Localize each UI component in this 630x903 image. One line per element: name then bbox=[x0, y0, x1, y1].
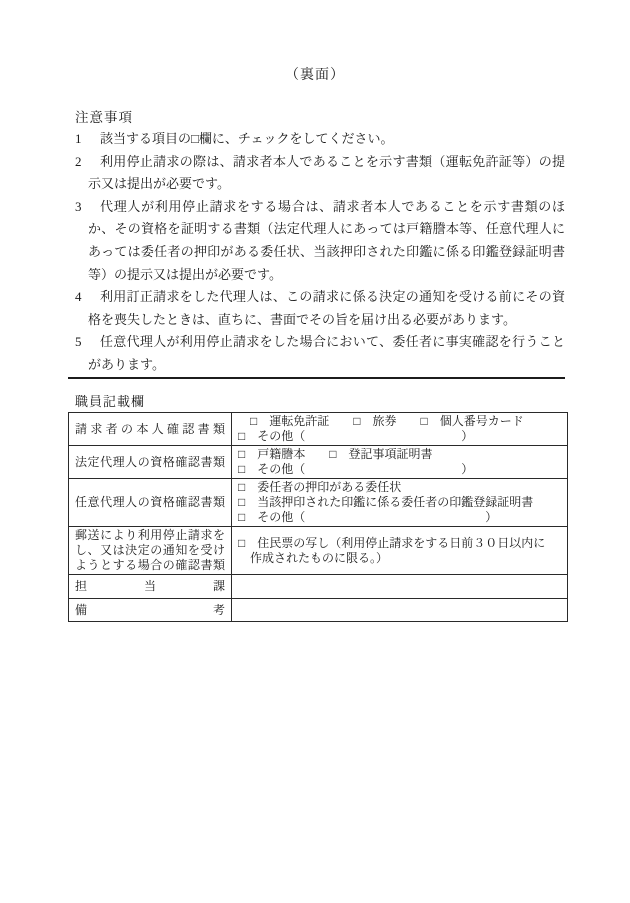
table-row-department: 担当課 bbox=[69, 575, 568, 599]
checkbox-option-line: □ 運転免許証 □ 旅券 □ 個人番号カード bbox=[238, 414, 561, 429]
row-header-text: 任意代理人の資格確認書類 bbox=[75, 495, 225, 510]
row-header: 請求者の本人確認書類 bbox=[69, 413, 232, 446]
row-header-text: 担当課 bbox=[75, 579, 225, 594]
note-item-5: 5 任意代理人が利用停止請求をした場合において、委任者に事実確認を行うことがあり… bbox=[68, 331, 565, 376]
note-text: 任意代理人が利用停止請求をした場合において、委任者に事実確認を行うことがあります… bbox=[88, 334, 565, 372]
checkbox-option-line: □ 戸籍謄本 □ 登記事項証明書 bbox=[238, 447, 561, 462]
note-number: 5 bbox=[75, 331, 82, 354]
table-row-remarks: 備考 bbox=[69, 599, 568, 622]
note-number: 3 bbox=[75, 196, 82, 219]
table-row-voluntary-agent: 任意代理人の資格確認書類 □ 委任者の押印がある委任状 □ 当該押印された印鑑に… bbox=[69, 479, 568, 527]
note-text: 代理人が利用停止請求をする場合は、請求者本人であることを示す書類のほか、その資格… bbox=[88, 199, 565, 282]
row-content: □ 運転免許証 □ 旅券 □ 個人番号カード □ その他（ ） bbox=[232, 413, 568, 446]
checkbox-option-line: □ 当該押印された印鑑に係る委任者の印鑑登録証明書 bbox=[238, 495, 561, 510]
document-page: （裏面） 注意事項 1 該当する項目の□欄に、チェックをしてください。 2 利用… bbox=[0, 0, 630, 903]
checkbox-option-line: □ その他（ ） bbox=[238, 462, 561, 477]
note-text: 該当する項目の□欄に、チェックをしてください。 bbox=[100, 131, 393, 146]
row-header: 担当課 bbox=[69, 575, 232, 599]
notes-list: 1 該当する項目の□欄に、チェックをしてください。 2 利用停止請求の際は、請求… bbox=[68, 128, 565, 377]
note-item-4: 4 利用訂正請求をした代理人は、この請求に係る決定の通知を受ける前にその資格を喪… bbox=[68, 286, 565, 331]
row-header-text: 備考 bbox=[75, 603, 225, 618]
note-item-3: 3 代理人が利用停止請求をする場合は、請求者本人であることを示す書類のほか、その… bbox=[68, 196, 565, 286]
row-header-text: 請求者の本人確認書類 bbox=[75, 422, 225, 437]
row-header-text: 郵送により利用停止請求を bbox=[75, 528, 225, 543]
row-header: 法定代理人の資格確認書類 bbox=[69, 446, 232, 479]
section-divider bbox=[68, 377, 565, 379]
table-row-legal-agent: 法定代理人の資格確認書類 □ 戸籍謄本 □ 登記事項証明書 □ その他（ ） bbox=[69, 446, 568, 479]
row-content: □ 住民票の写し（利用停止請求をする日前３０日以内に 作成されたものに限る。） bbox=[232, 527, 568, 575]
checkbox-option-line: □ 委任者の押印がある委任状 bbox=[238, 480, 561, 495]
table-row-requester-id: 請求者の本人確認書類 □ 運転免許証 □ 旅券 □ 個人番号カード □ その他（… bbox=[69, 413, 568, 446]
checkbox-option-line: □ その他（ ） bbox=[238, 510, 561, 525]
note-text: 利用訂正請求をした代理人は、この請求に係る決定の通知を受ける前にその資格を喪失し… bbox=[88, 289, 565, 327]
row-content: □ 戸籍謄本 □ 登記事項証明書 □ その他（ ） bbox=[232, 446, 568, 479]
row-content bbox=[232, 599, 568, 622]
row-header: 備考 bbox=[69, 599, 232, 622]
checkbox-option-line: □ 住民票の写し（利用停止請求をする日前３０日以内に bbox=[238, 536, 561, 551]
row-header: 郵送により利用停止請求を し、又は決定の通知を受け ようとする場合の確認書類 bbox=[69, 527, 232, 575]
staff-section-label: 職員記載欄 bbox=[75, 391, 145, 410]
checkbox-option-line: 作成されたものに限る。） bbox=[238, 551, 561, 566]
row-header-text: し、又は決定の通知を受け bbox=[75, 543, 225, 558]
row-content bbox=[232, 575, 568, 599]
row-header-text: 法定代理人の資格確認書類 bbox=[75, 455, 225, 470]
notes-heading: 注意事項 bbox=[75, 106, 133, 126]
note-item-1: 1 該当する項目の□欄に、チェックをしてください。 bbox=[68, 128, 565, 151]
note-number: 4 bbox=[75, 286, 82, 309]
table-row-mail-confirmation: 郵送により利用停止請求を し、又は決定の通知を受け ようとする場合の確認書類 □… bbox=[69, 527, 568, 575]
checkbox-option-line: □ その他（ ） bbox=[238, 429, 561, 444]
note-number: 1 bbox=[75, 128, 82, 151]
note-item-2: 2 利用停止請求の際は、請求者本人であることを示す書類（運転免許証等）の提示又は… bbox=[68, 151, 565, 196]
row-content: □ 委任者の押印がある委任状 □ 当該押印された印鑑に係る委任者の印鑑登録証明書… bbox=[232, 479, 568, 527]
note-number: 2 bbox=[75, 151, 82, 174]
row-header: 任意代理人の資格確認書類 bbox=[69, 479, 232, 527]
staff-table: 請求者の本人確認書類 □ 運転免許証 □ 旅券 □ 個人番号カード □ その他（… bbox=[68, 412, 568, 622]
note-text: 利用停止請求の際は、請求者本人であることを示す書類（運転免許証等）の提示又は提出… bbox=[88, 154, 565, 192]
page-side-label: （裏面） bbox=[0, 64, 630, 84]
row-header-text: ようとする場合の確認書類 bbox=[75, 558, 225, 573]
